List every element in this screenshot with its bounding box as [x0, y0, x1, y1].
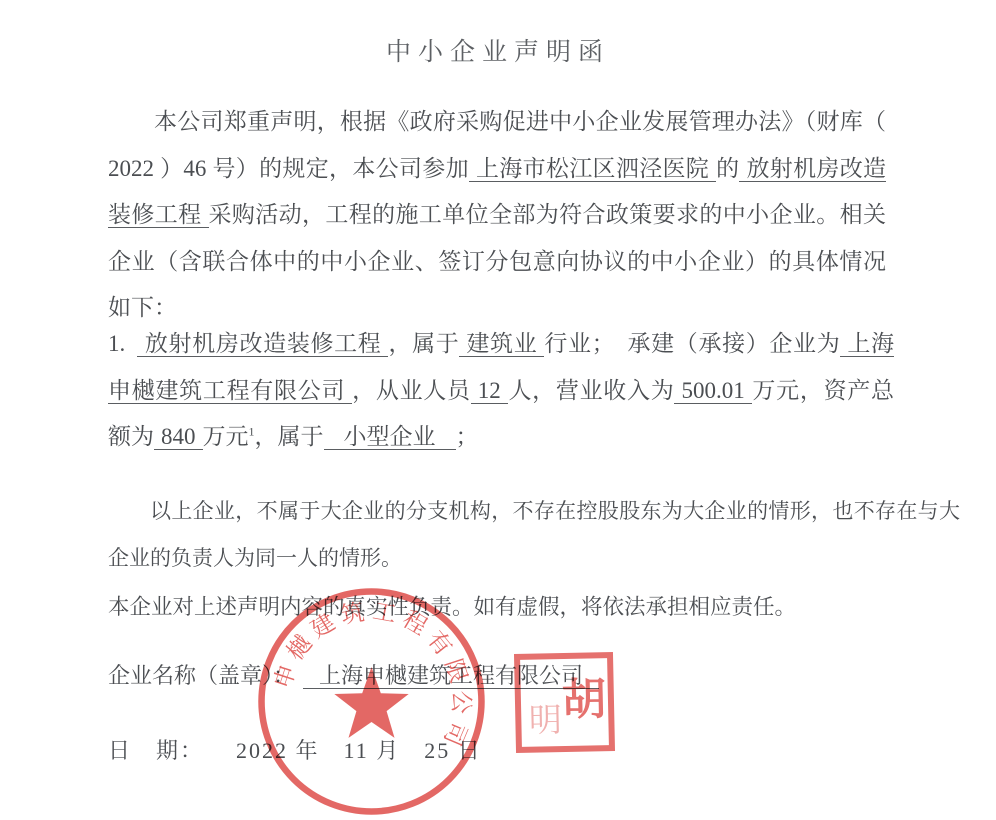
item-number: 1. [108, 331, 125, 356]
document-page: 中小企业声明函 本公司郑重声明，根据《政府采购促进中小企业发展管理办法》（财库（… [0, 0, 996, 820]
revenue-blank: 500.01 [674, 378, 751, 404]
item1-text-2: 行业； 承建（承接）企业为 [544, 331, 840, 356]
seal-ring-circle [262, 592, 482, 812]
signature-label: 企业名称（盖章）： [108, 663, 295, 688]
paragraph-no-affiliation: 以上企业，不属于大企业的分支机构，不存在控股股东为大企业的情形，也不存在与大企业… [108, 488, 960, 582]
item1-text-4: 人，营业收入为 [508, 378, 675, 403]
intro-text-3: 采购活动，工程的施工单位全部为符合政策要求的中小企业。相关企业（含联合体中的中小… [108, 202, 886, 320]
employees-blank: 12 [471, 378, 508, 404]
date-value: 2022 年 11 月 25 日 [236, 738, 482, 763]
document-title: 中小企业声明函 [0, 32, 996, 68]
assets-blank: 840 [154, 424, 203, 450]
enterprise-type-blank: 小型企业 [324, 424, 456, 450]
paragraph-item1: 1.放射机房改造装修工程，属于建筑业行业； 承建（承接）企业为上海申樾建筑工程有… [108, 321, 894, 461]
item1-text-7: ，属于 [255, 424, 324, 449]
intro-text-2: 的 [716, 156, 739, 181]
signature-line: 企业名称（盖章）：上海申樾建筑工程有限公司 [108, 659, 978, 693]
industry-blank: 建筑业 [459, 331, 544, 357]
date-label: 日 期： [108, 738, 204, 763]
item1-project-blank: 放射机房改造装修工程 [137, 331, 388, 357]
paragraph-responsibility: 本企业对上述声明内容的真实性负责。如有虚假，将依法承担相应责任。 [108, 592, 978, 622]
paragraph-intro: 本公司郑重声明，根据《政府采购促进中小企业发展管理办法》（财库（ 2022 ）4… [108, 99, 886, 332]
item1-text-3: ，从业人员 [352, 378, 471, 403]
item1-text-1: ，属于 [388, 331, 459, 356]
item1-text-6: 万元 [203, 424, 249, 449]
item1-text-8: ； [456, 424, 479, 449]
signature-company-blank: 上海申樾建筑工程有限公司 [303, 663, 599, 689]
purchaser-blank: 上海市松江区泗泾医院 [469, 156, 716, 182]
date-line: 日 期：2022 年 11 月 25 日 [108, 734, 978, 768]
